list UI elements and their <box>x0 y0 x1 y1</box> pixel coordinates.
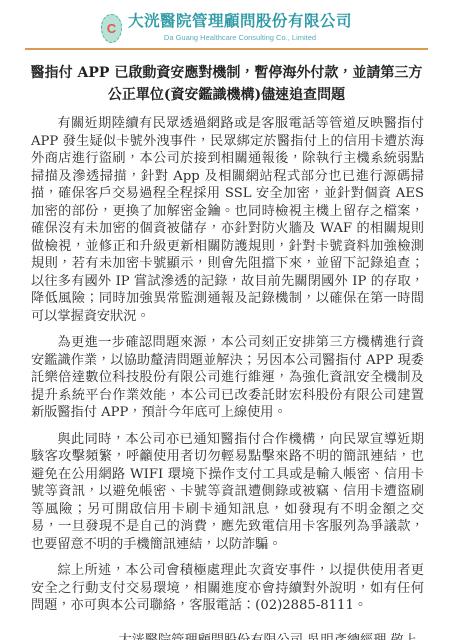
company-names: 大洸醫院管理顧問股份有限公司 Da Guang Healthcare Consu… <box>128 13 352 42</box>
company-name-en: Da Guang Healthcare Consulting Co., Limi… <box>164 33 316 42</box>
header-divider <box>25 48 428 50</box>
paragraph-forensics-vendor: 為更進一步確認問題來源，本公司刻正安排第三方機構進行資安鑑識作業，以協助釐清問題… <box>31 334 424 422</box>
company-logo-icon: C <box>101 14 122 43</box>
paragraph-incident-response: 有關近期陸續有民眾透過網路或是客服電話等管道反映醫指付 APP 發生疑似卡號外洩… <box>31 115 424 325</box>
document-page: C 大洸醫院管理顧問股份有限公司 Da Guang Healthcare Con… <box>0 0 453 640</box>
document-body: 有關近期陸續有民眾透過網路或是客服電話等管道反映醫指付 APP 發生疑似卡號外洩… <box>31 115 424 615</box>
paragraph-conclusion-contact: 綜上所述，本公司會積極處理此次資安事件，以提供使用者更安全之行動支付交易環境，相… <box>31 562 424 615</box>
document-title: 醫指付 APP 已啟動資安應對機制，暫停海外付款，並請第三方公正單位(資安鑑識機… <box>30 63 423 106</box>
signature-line: 大洸醫院管理顧問股份有限公司 吳明彥總經理 敬上 <box>30 629 417 640</box>
paragraph-user-advisory: 與此同時，本公司亦已通知醫指付合作機構，向民眾宣導近期駭客攻擊頻繁，呼籲使用者切… <box>31 431 424 554</box>
logo-letter: C <box>107 22 116 35</box>
letterhead: C 大洸醫院管理顧問股份有限公司 Da Guang Healthcare Con… <box>0 0 453 43</box>
company-name-zh: 大洸醫院管理顧問股份有限公司 <box>128 13 352 31</box>
